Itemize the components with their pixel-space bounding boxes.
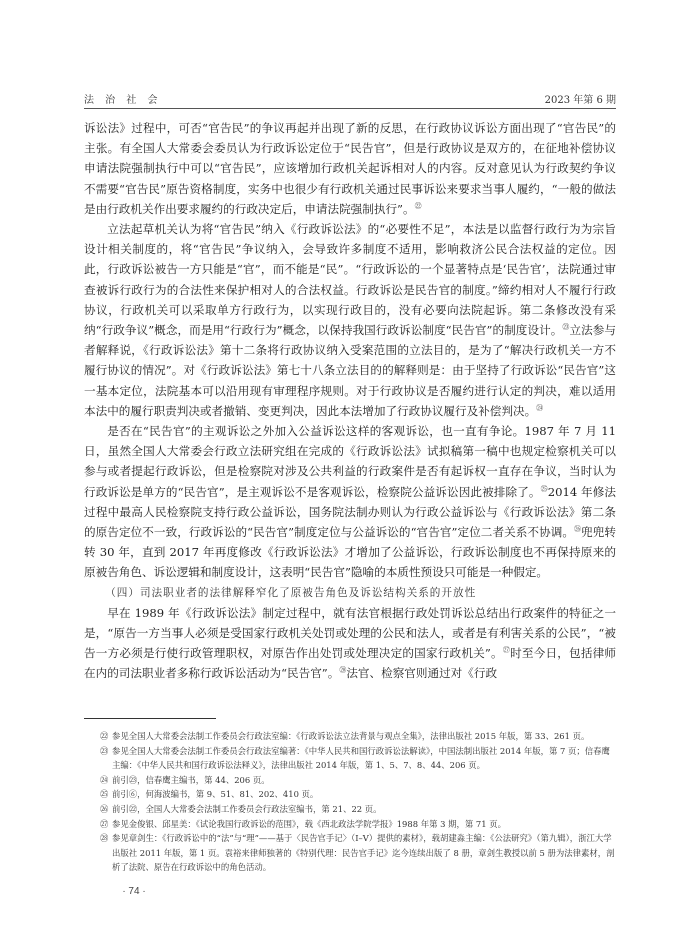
footnote-ref[interactable]: ㉒ bbox=[415, 202, 422, 210]
footnote-number: ㉖ bbox=[100, 802, 112, 817]
journal-title: 法 治 社 会 bbox=[84, 91, 162, 106]
paragraph-text: 立法起草机关认为将“官告民”纳入《行政诉讼法》的“必要性不足”，本法是以监督行政… bbox=[84, 222, 616, 337]
footnote-text: 参见全国人大常委会法制工作委员会行政法室编：《行政诉讼法立法背景与观点全集》，法… bbox=[112, 729, 616, 744]
footnote-number: ㉒ bbox=[100, 729, 112, 744]
footnote-23: ㉓ 参见全国人大常委会法制工作委员会行政法室编著：《中华人民共和国行政诉讼法解读… bbox=[100, 744, 616, 773]
footnote-number: ㉗ bbox=[100, 817, 112, 832]
header-rule bbox=[84, 108, 616, 109]
footnote-number: ㉘ bbox=[100, 831, 112, 846]
body-text: 诉讼法》过程中，可否“官告民”的争议再起并出现了新的反思，在行政协议诉讼方面出现… bbox=[84, 118, 616, 684]
footnote-text: 前引㉓，信春鹰主编书，第 44、206 页。 bbox=[112, 773, 616, 788]
footnote-text: 前引⑥，何海波编书，第 9、51、81、202、410 页。 bbox=[112, 787, 616, 802]
footnote-26: ㉖ 前引㉒，全国人大常委会法制工作委员会行政法室编书，第 21、22 页。 bbox=[100, 802, 616, 817]
footnote-number: ㉔ bbox=[100, 773, 112, 788]
journal-page: 法 治 社 会 2023 年第 6 期 诉讼法》过程中，可否“官告民”的争议再起… bbox=[0, 0, 700, 942]
issue-label: 2023 年第 6 期 bbox=[545, 91, 616, 106]
footnote-24: ㉔ 前引㉓，信春鹰主编书，第 44、206 页。 bbox=[100, 773, 616, 788]
page-number: · 74 · bbox=[84, 886, 184, 897]
footnote-27: ㉗ 参见金俊银、邱星美：《试论我国行政诉讼的范围》，载《西北政法学院学报》198… bbox=[100, 817, 616, 832]
running-header: 法 治 社 会 2023 年第 6 期 bbox=[84, 88, 616, 106]
footnote-text: 参见章剑生：《行政诉讼中的“法”与“理”——基于〈民告官手记〉（Ⅰ–Ⅴ）提供的素… bbox=[112, 831, 616, 875]
footnote-number: ㉕ bbox=[100, 787, 112, 802]
footnote-number: ㉓ bbox=[100, 744, 112, 759]
paragraph-3: 是否在“民告官”的主观诉讼之外加入公益诉讼这样的客观诉讼，也一直有争论。1987… bbox=[84, 421, 616, 583]
paragraph-1: 诉讼法》过程中，可否“官告民”的争议再起并出现了新的反思，在行政协议诉讼方面出现… bbox=[84, 118, 616, 219]
footnote-rule bbox=[84, 718, 216, 719]
footnotes: ㉒ 参见全国人大常委会法制工作委员会行政法室编：《行政诉讼法立法背景与观点全集》… bbox=[100, 729, 616, 875]
paragraph-4: 早在 1989 年《行政诉讼法》制定过程中，就有法官根据行政处罚诉讼总结出行政案… bbox=[84, 603, 616, 684]
footnote-text: 参见全国人大常委会法制工作委员会行政法室编著：《中华人民共和国行政诉讼法解读》，… bbox=[112, 744, 616, 773]
footnote-ref[interactable]: ㉔ bbox=[536, 404, 543, 412]
section-heading: （四）司法职业者的法律解释窄化了原被告角色及诉讼结构关系的开放性 bbox=[84, 583, 616, 603]
footnote-text: 前引㉒，全国人大常委会法制工作委员会行政法室编书，第 21、22 页。 bbox=[112, 802, 616, 817]
footnote-text: 参见金俊银、邱星美：《试论我国行政诉讼的范围》，载《西北政法学院学报》1988 … bbox=[112, 817, 616, 832]
footnote-25: ㉕ 前引⑥，何海波编书，第 9、51、81、202、410 页。 bbox=[100, 787, 616, 802]
footnote-ref[interactable]: ㉗ bbox=[503, 646, 510, 654]
paragraph-text: 法官、检察官则通过对《行政 bbox=[346, 666, 497, 680]
paragraph-2: 立法起草机关认为将“官告民”纳入《行政诉讼法》的“必要性不足”，本法是以监督行政… bbox=[84, 219, 616, 421]
paragraph-text: 是否在“民告官”的主观诉讼之外加入公益诉讼这样的客观诉讼，也一直有争论。1987… bbox=[84, 424, 616, 499]
footnote-ref[interactable]: ㉕ bbox=[541, 485, 548, 493]
paragraph-text: 诉讼法》过程中，可否“官告民”的争议再起并出现了新的反思，在行政协议诉讼方面出现… bbox=[84, 121, 616, 216]
footnote-22: ㉒ 参见全国人大常委会法制工作委员会行政法室编：《行政诉讼法立法背景与观点全集》… bbox=[100, 729, 616, 744]
footnote-28: ㉘ 参见章剑生：《行政诉讼中的“法”与“理”——基于〈民告官手记〉（Ⅰ–Ⅴ）提供… bbox=[100, 831, 616, 875]
